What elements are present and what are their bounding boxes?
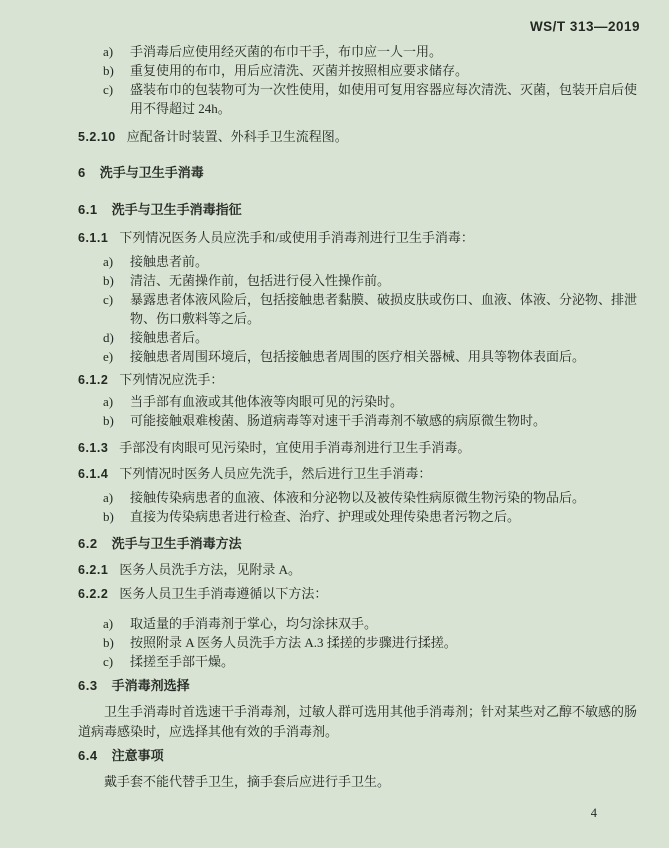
list-text: 揉搓至手部干燥。 xyxy=(130,654,234,669)
heading-number: 6.2 xyxy=(78,536,98,551)
list-marker: b) xyxy=(103,507,114,526)
clause-6-1-2: 6.1.2下列情况应洗手： xyxy=(78,370,640,390)
list-text: 手消毒后应使用经灭菌的布巾干手，布巾应一人一用。 xyxy=(130,44,442,59)
list-6-1-4: a) 接触传染病患者的血液、体液和分泌物以及被传染性病原微生物污染的物品后。 b… xyxy=(78,488,640,526)
clause-number: 6.2.1 xyxy=(78,563,108,577)
clause-6-2-1: 6.2.1医务人员洗手方法，见附录 A。 xyxy=(78,560,640,580)
list-marker: a) xyxy=(103,614,113,633)
list-item: a) 取适量的手消毒剂于掌心，均匀涂抹双手。 xyxy=(78,614,640,633)
doc-code: WS/T 313—2019 xyxy=(78,0,640,37)
clause-text: 下列情况应洗手： xyxy=(119,372,223,387)
list-5-2-9: a) 手消毒后应使用经灭菌的布巾干手，布巾应一人一用。 b) 重复使用的布巾，用… xyxy=(78,42,640,118)
list-6-1-2: a) 当手部有血液或其他体液等肉眼可见的污染时。 b) 可能接触艰难梭菌、肠道病… xyxy=(78,392,640,430)
list-item: b) 按照附录 A 医务人员洗手方法 A.3 揉搓的步骤进行揉搓。 xyxy=(78,633,640,652)
list-marker: a) xyxy=(103,392,113,411)
list-text: 当手部有血液或其他体液等肉眼可见的污染时。 xyxy=(130,394,403,409)
list-marker: b) xyxy=(103,271,114,290)
list-marker: b) xyxy=(103,411,114,430)
clause-text: 手部没有肉眼可见污染时，宜使用手消毒剂进行卫生手消毒。 xyxy=(119,440,470,455)
clause-text: 下列情况时医务人员应先洗手，然后进行卫生手消毒： xyxy=(119,466,431,481)
list-marker: e) xyxy=(103,347,113,366)
clause-number: 6.1.3 xyxy=(78,441,108,455)
list-text: 接触患者周围环境后，包括接触患者周围的医疗相关器械、用具等物体表面后。 xyxy=(130,349,585,364)
list-marker: a) xyxy=(103,42,113,61)
clause-6-2-2: 6.2.2医务人员卫生手消毒遵循以下方法： xyxy=(78,584,640,604)
list-item: a) 接触传染病患者的血液、体液和分泌物以及被传染性病原微生物污染的物品后。 xyxy=(78,488,640,507)
heading-number: 6.3 xyxy=(78,678,98,693)
list-item: b) 直接为传染病患者进行检查、治疗、护理或处理传染患者污物之后。 xyxy=(78,507,640,526)
clause-text: 医务人员卫生手消毒遵循以下方法： xyxy=(119,586,327,601)
list-text: 直接为传染病患者进行检查、治疗、护理或处理传染患者污物之后。 xyxy=(130,509,520,524)
list-marker: a) xyxy=(103,252,113,271)
section-heading-6-4: 6.4注意事项 xyxy=(78,746,640,766)
document-page: WS/T 313—2019 a) 手消毒后应使用经灭菌的布巾干手，布巾应一人一用… xyxy=(0,0,669,848)
list-6-1-1: a) 接触患者前。 b) 清洁、无菌操作前，包括进行侵入性操作前。 c) 暴露患… xyxy=(78,252,640,366)
clause-6-1-3: 6.1.3手部没有肉眼可见污染时，宜使用手消毒剂进行卫生手消毒。 xyxy=(78,438,640,458)
clause-number: 6.1.1 xyxy=(78,231,108,245)
list-item: c) 盛装布巾的包装物可为一次性使用，如使用可复用容器应每次清洗、灭菌，包装开启… xyxy=(78,80,640,118)
list-item: a) 当手部有血液或其他体液等肉眼可见的污染时。 xyxy=(78,392,640,411)
list-text: 重复使用的布巾，用后应清洗、灭菌并按照相应要求储存。 xyxy=(130,63,468,78)
heading-number: 6.1 xyxy=(78,202,98,217)
list-item: b) 重复使用的布巾，用后应清洗、灭菌并按照相应要求储存。 xyxy=(78,61,640,80)
list-6-2-2: a) 取适量的手消毒剂于掌心，均匀涂抹双手。 b) 按照附录 A 医务人员洗手方… xyxy=(78,614,640,671)
list-marker: b) xyxy=(103,61,114,80)
list-item: b) 可能接触艰难梭菌、肠道病毒等对速干手消毒剂不敏感的病原微生物时。 xyxy=(78,411,640,430)
list-item: c) 揉搓至手部干燥。 xyxy=(78,652,640,671)
clause-number: 6.1.4 xyxy=(78,467,108,481)
list-text: 接触患者后。 xyxy=(130,330,208,345)
clause-text: 医务人员洗手方法，见附录 A。 xyxy=(119,562,301,577)
list-text: 暴露患者体液风险后，包括接触患者黏膜、破损皮肤或伤口、血液、体液、分泌物、排泄物… xyxy=(130,292,637,326)
clause-number: 6.1.2 xyxy=(78,373,108,387)
list-item: a) 接触患者前。 xyxy=(78,252,640,271)
list-text: 取适量的手消毒剂于掌心，均匀涂抹双手。 xyxy=(130,616,377,631)
list-marker: d) xyxy=(103,328,114,347)
list-marker: a) xyxy=(103,488,113,507)
clause-number: 5.2.10 xyxy=(78,130,116,144)
list-item: c) 暴露患者体液风险后，包括接触患者黏膜、破损皮肤或伤口、血液、体液、分泌物、… xyxy=(78,290,640,328)
clause-number: 6.2.2 xyxy=(78,587,108,601)
list-marker: c) xyxy=(103,80,113,99)
list-item: b) 清洁、无菌操作前，包括进行侵入性操作前。 xyxy=(78,271,640,290)
list-text: 接触传染病患者的血液、体液和分泌物以及被传染性病原微生物污染的物品后。 xyxy=(130,490,585,505)
section-heading-6-2: 6.2洗手与卫生手消毒方法 xyxy=(78,534,640,554)
heading-number: 6.4 xyxy=(78,748,98,763)
list-text: 盛装布巾的包装物可为一次性使用，如使用可复用容器应每次清洗、灭菌，包装开启后使用… xyxy=(130,82,637,116)
heading-title: 注意事项 xyxy=(112,748,164,763)
heading-title: 洗手与卫生手消毒 xyxy=(100,165,204,180)
list-text: 接触患者前。 xyxy=(130,254,208,269)
clause-text: 下列情况医务人员应洗手和/或使用手消毒剂进行卫生手消毒： xyxy=(119,230,474,245)
list-text: 可能接触艰难梭菌、肠道病毒等对速干手消毒剂不敏感的病原微生物时。 xyxy=(130,413,546,428)
list-text: 清洁、无菌操作前，包括进行侵入性操作前。 xyxy=(130,273,390,288)
page-number: 4 xyxy=(591,806,597,820)
list-item: d) 接触患者后。 xyxy=(78,328,640,347)
section-heading-6-1: 6.1洗手与卫生手消毒指征 xyxy=(78,200,640,220)
paragraph-6-4: 戴手套不能代替手卫生，摘手套后应进行手卫生。 xyxy=(78,772,640,792)
clause-5-2-10: 5.2.10应配备计时装置、外科手卫生流程图。 xyxy=(78,127,640,147)
clause-6-1-4: 6.1.4下列情况时医务人员应先洗手，然后进行卫生手消毒： xyxy=(78,464,640,484)
paragraph-6-3: 卫生手消毒时首选速干手消毒剂，过敏人群可选用其他手消毒剂；针对某些对乙醇不敏感的… xyxy=(78,702,640,742)
list-marker: c) xyxy=(103,290,113,309)
section-heading-6-3: 6.3手消毒剂选择 xyxy=(78,676,640,696)
list-marker: b) xyxy=(103,633,114,652)
list-item: a) 手消毒后应使用经灭菌的布巾干手，布巾应一人一用。 xyxy=(78,42,640,61)
heading-title: 手消毒剂选择 xyxy=(112,678,190,693)
heading-title: 洗手与卫生手消毒方法 xyxy=(112,536,242,551)
list-marker: c) xyxy=(103,652,113,671)
clause-text: 应配备计时装置、外科手卫生流程图。 xyxy=(127,129,348,144)
heading-number: 6 xyxy=(78,165,86,180)
list-item: e) 接触患者周围环境后，包括接触患者周围的医疗相关器械、用具等物体表面后。 xyxy=(78,347,640,366)
heading-title: 洗手与卫生手消毒指征 xyxy=(112,202,242,217)
list-text: 按照附录 A 医务人员洗手方法 A.3 揉搓的步骤进行揉搓。 xyxy=(130,635,457,650)
clause-6-1-1: 6.1.1下列情况医务人员应洗手和/或使用手消毒剂进行卫生手消毒： xyxy=(78,228,640,248)
section-heading-6: 6洗手与卫生手消毒 xyxy=(78,163,640,183)
page-content: WS/T 313—2019 a) 手消毒后应使用经灭菌的布巾干手，布巾应一人一用… xyxy=(78,0,640,792)
